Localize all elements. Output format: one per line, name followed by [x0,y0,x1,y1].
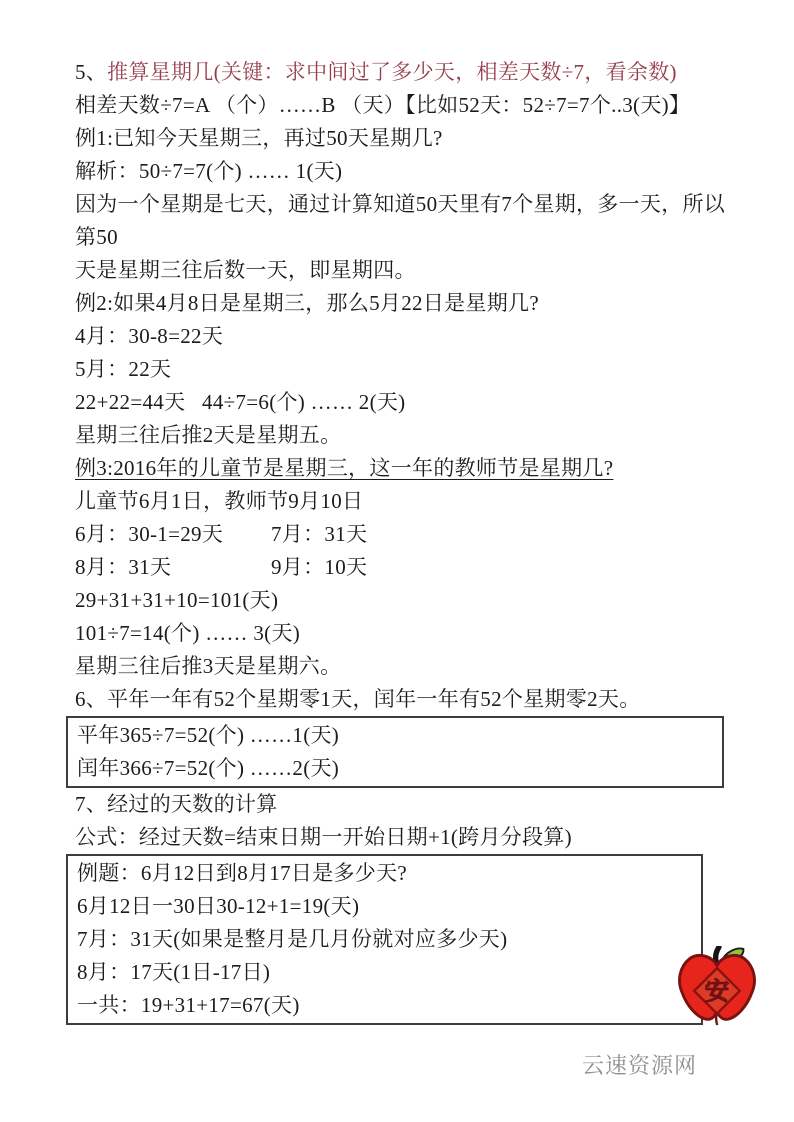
example1-explain-line1: 因为一个星期是七天，通过计算知道50天里有7个星期，多一天，所以第50 [66,188,726,254]
watermark-text: 云速资源网 [582,1049,697,1080]
example2-result: 星期三往后推2天是星期五。 [66,419,726,452]
elapsed-june-calc: 6月12日一30日30-12+1=19(天) [68,890,701,923]
example3-question: 例3:2016年的儿童节是星期三，这一年的教师节是星期几? [66,452,726,485]
elapsed-july-days: 7月：31天(如果是整月是几月份就对应多少天) [68,923,701,956]
example2-calc: 22+22=44天 44÷7=6(个) …… 2(天) [66,386,726,419]
document-page: 5、推算星期几(关键：求中间过了多少天，相差天数÷7，看余数) 相差天数÷7=A… [0,0,794,1122]
example3-september: 9月：10天 [271,555,367,579]
example3-row1: 6月：30-1=29天7月：31天 [66,518,726,551]
example3-dates: 儿童节6月1日，教师节9月10日 [66,485,726,518]
example3-division: 101÷7=14(个) …… 3(天) [66,617,726,650]
example3-august: 8月：31天 [75,551,271,584]
section6-heading: 6、平年一年有52个星期零1天，闰年一年有52个星期零2天。 [66,683,726,716]
section5-title: 推算星期几(关键：求中间过了多少天，相差天数÷7，看余数) [107,60,677,84]
example1-answer: 解析：50÷7=7(个) …… 1(天) [66,155,726,188]
example2-april: 4月：30-8=22天 [66,320,726,353]
section5-number: 5、 [75,60,107,84]
leap-year-line: 闰年366÷7=52(个) ……2(天) [68,752,722,785]
example3-row2: 8月：31天9月：10天 [66,551,726,584]
example2-may: 5月：22天 [66,353,726,386]
common-year-line: 平年365÷7=52(个) ……1(天) [68,719,722,752]
apple-character: 安 [705,978,730,1006]
example1-question: 例1:已知今天星期三，再过50天星期几? [66,122,726,155]
weekday-formula-line: 相差天数÷7=A （个）……B （天）【比如52天：52÷7=7个..3(天)】 [66,89,726,122]
document-content: 5、推算星期几(关键：求中间过了多少天，相差天数÷7，看余数) 相差天数÷7=A… [66,56,726,1025]
apple-sticker-icon: 安 [676,946,758,1028]
year-weeks-box: 平年365÷7=52(个) ……1(天) 闰年366÷7=52(个) ……2(天… [66,716,724,788]
example1-explain-line2: 天是星期三往后数一天，即星期四。 [66,254,726,287]
example3-june: 6月：30-1=29天 [75,518,271,551]
section7-heading: 7、经过的天数的计算 [66,788,726,821]
elapsed-august-days: 8月：17天(1日-17日) [68,956,701,989]
elapsed-total: 一共：19+31+17=67(天) [68,989,701,1022]
elapsed-days-formula: 公式：经过天数=结束日期一开始日期+1(跨月分段算) [66,821,726,854]
elapsed-example-question: 例题：6月12日到8月17日是多少天? [68,857,701,890]
example3-result: 星期三往后推3天是星期六。 [66,650,726,683]
section5-heading: 5、推算星期几(关键：求中间过了多少天，相差天数÷7，看余数) [66,56,726,89]
example3-sum: 29+31+31+10=101(天) [66,584,726,617]
example2-question: 例2:如果4月8日是星期三，那么5月22日是星期几? [66,287,726,320]
example3-july: 7月：31天 [271,522,367,546]
elapsed-days-example-box: 例题：6月12日到8月17日是多少天? 6月12日一30日30-12+1=19(… [66,854,703,1025]
